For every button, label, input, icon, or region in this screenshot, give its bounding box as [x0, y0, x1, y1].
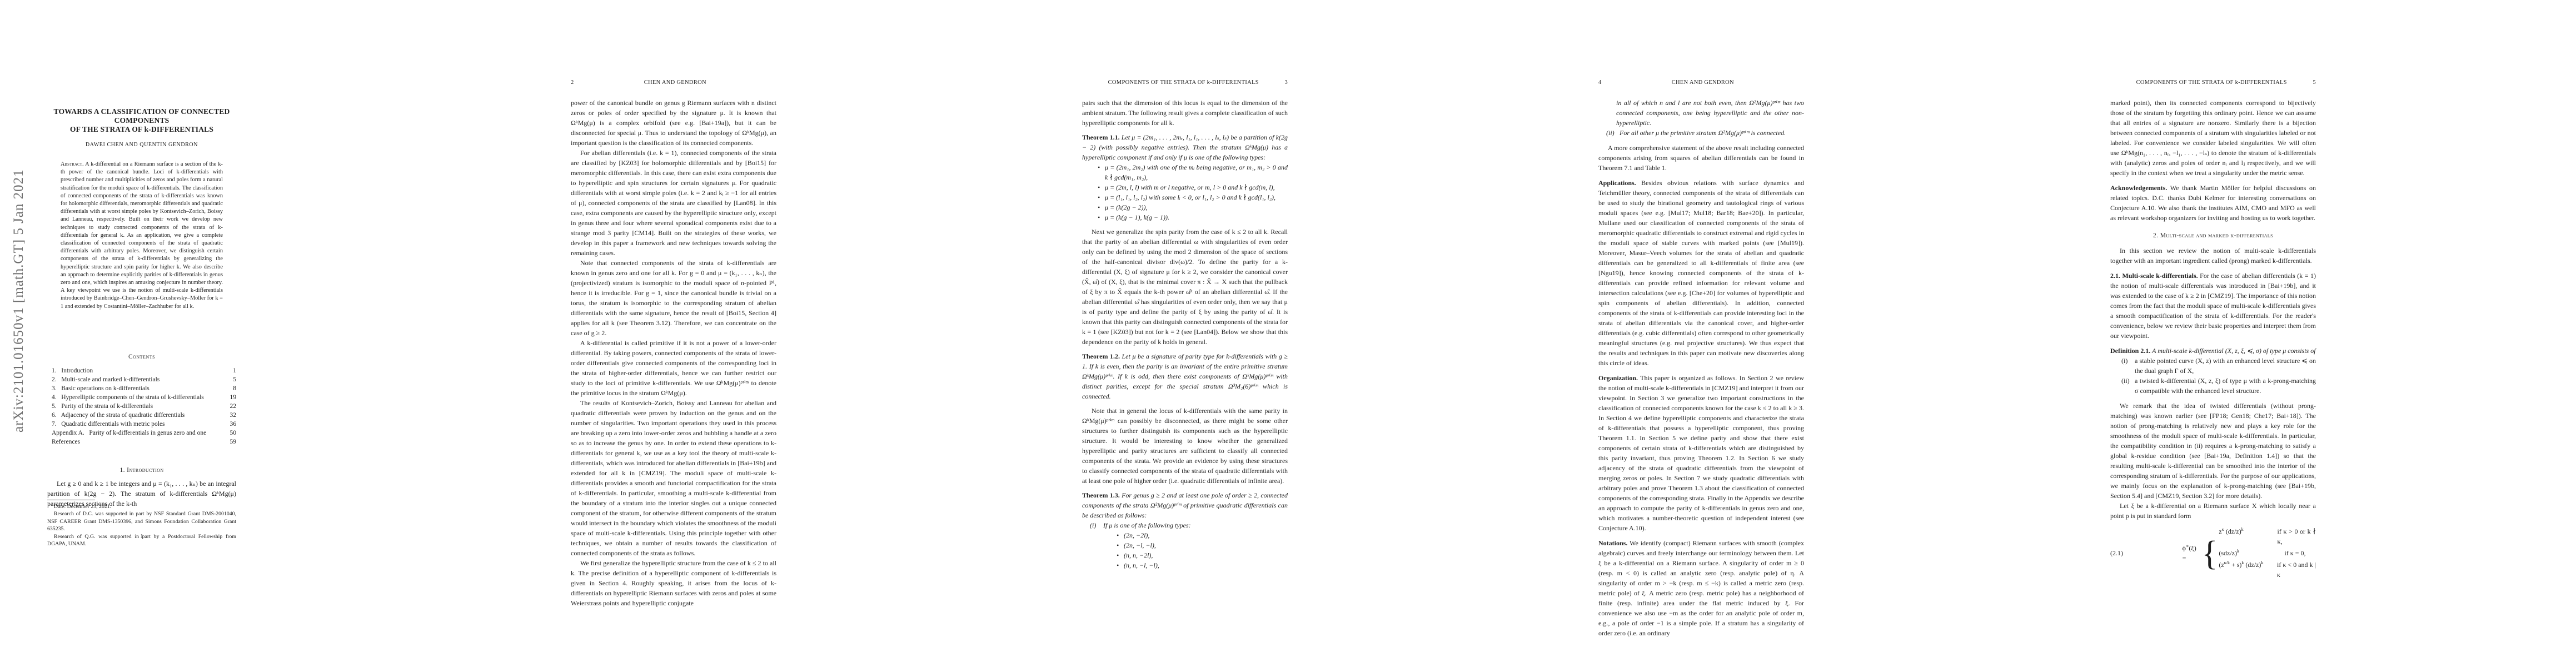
definition-item-ii: (ii) a twisted k-differential (X, z, ξ) … — [2121, 376, 2316, 396]
case-condition: if κ = 0, — [2284, 548, 2305, 558]
toc-entry-page: 59 — [230, 437, 237, 446]
list-item-text: μ = (l₁, l₁, l₂, l₂) with some lᵢ < 0, o… — [1105, 192, 1288, 202]
list-item: •(2n, −l, −l), — [1117, 540, 1288, 550]
toc-entry-label: 7. Quadratic differentials with metric p… — [52, 420, 165, 429]
organization-paragraph: Organization. This paper is organized as… — [1598, 373, 1804, 533]
running-head-title: COMPONENTS OF THE STRATA OF k-DIFFERENTI… — [1082, 79, 1284, 86]
list-item: •μ = (k(g − 1), k(g − 1)). — [1098, 212, 1288, 222]
list-item-text: (2n, −l, −l), — [1124, 540, 1288, 550]
cases-brace: { — [2202, 536, 2218, 571]
expr-part: (dz/z) — [2224, 527, 2241, 535]
list-item: •(n, n, −l, −l), — [1117, 560, 1288, 570]
list-item-text: μ = (k(2g − 2)), — [1105, 202, 1288, 212]
paper-authors: DAWEI CHEN AND QUENTIN GENDRON — [47, 142, 236, 148]
paragraph: We first generalize the hyperelliptic st… — [571, 558, 776, 608]
abstract-text: A k-differential on a Riemann surface is… — [61, 161, 223, 310]
contents-heading: Contents — [47, 354, 236, 360]
expr-sup: k — [2261, 560, 2263, 565]
equation-2-1: (2.1) ϕ∗(ξ) = { zκ (dz/z)kif κ > 0 or k … — [2110, 526, 2316, 580]
toc-entry-page: 22 — [230, 402, 237, 411]
equation-case-row: (zκ/k + s)k (dz/z)kif κ < 0 and k | κ — [2219, 560, 2316, 580]
list-item: •(n, n, −2l), — [1117, 550, 1288, 560]
list-item: •μ = (2m₁, 2m₂) with one of the mᵢ being… — [1098, 162, 1288, 182]
page-2-body: power of the canonical bundle on genus g… — [571, 98, 776, 608]
theorem-1-3-item-i: (i) If μ is one of the following types: — [1090, 520, 1288, 530]
paragraph: marked point), then its connected compon… — [2110, 98, 2316, 178]
running-head: 4 CHEN AND GENDRON — [1598, 79, 1804, 86]
bullet-icon: • — [1098, 162, 1105, 182]
page-4-body: in all of which n and l are not both eve… — [1598, 98, 1804, 638]
toc-entry-page: 36 — [230, 420, 237, 429]
paper-title: TOWARDS A CLASSIFICATION OF CONNECTED CO… — [47, 107, 236, 134]
list-item: •μ = (2m, l, l) with m or l negative, or… — [1098, 182, 1288, 192]
paragraph: Next we generalize the spin parity from … — [1082, 227, 1288, 347]
equation-case-row: (sdz/z)kif κ = 0, — [2219, 548, 2316, 558]
bullet-icon: • — [1117, 540, 1124, 550]
page-3: COMPONENTS OF THE STRATA OF k-DIFFERENTI… — [1030, 0, 1546, 667]
theorem-1-3: Theorem 1.3. For genus g ≥ 2 and at leas… — [1082, 490, 1288, 570]
page-2: 2 CHEN AND GENDRON power of the canonica… — [515, 0, 1030, 667]
paragraph: The results of Kontsevich–Zorich, Boissy… — [571, 398, 776, 558]
equation-number: (2.1) — [2110, 548, 2147, 558]
running-head-title: CHEN AND GENDRON — [1602, 79, 1804, 86]
paragraph: Note that connected components of the st… — [571, 258, 776, 338]
expr-sup: k — [2237, 549, 2239, 554]
page-1: arXiv:2101.01650v1 [math.GT] 5 Jan 2021 … — [0, 0, 515, 667]
notations-paragraph: Notations. We identify (compact) Riemann… — [1598, 538, 1804, 638]
toc-entry-label: Appendix A. Parity of k-differentials in… — [52, 429, 206, 437]
toc-entry: 4. Hyperelliptic components of the strat… — [52, 393, 236, 402]
item-text: a stable pointed curve (X, z) with an en… — [2135, 356, 2316, 376]
arxiv-stamp: arXiv:2101.01650v1 [math.GT] 5 Jan 2021 — [11, 155, 30, 432]
equation-case-row: zκ (dz/z)kif κ > 0 or k ∤ κ, — [2219, 526, 2316, 546]
toc-entry-page: 5 — [233, 375, 236, 384]
item-label: (ii) — [1606, 128, 1620, 138]
case-condition: if κ < 0 and k | κ — [2277, 560, 2316, 580]
page-number: 1 — [47, 533, 236, 540]
bullet-icon: • — [1098, 202, 1105, 212]
paragraph: power of the canonical bundle on genus g… — [571, 98, 776, 148]
running-head-title: CHEN AND GENDRON — [574, 79, 776, 86]
expr-part: (dz/z) — [2244, 561, 2261, 569]
paragraph: A k-differential is called primitive if … — [571, 338, 776, 398]
theorem-1-3-label: Theorem 1.3. — [1082, 491, 1120, 499]
list-item-text: (2n, −2l), — [1124, 530, 1288, 540]
running-head: COMPONENTS OF THE STRATA OF k-DIFFERENTI… — [2110, 79, 2316, 86]
bullet-icon: • — [1117, 560, 1124, 570]
item-label: (i) — [2121, 356, 2135, 376]
theorem-1-3-list: •(2n, −2l), •(2n, −l, −l), •(n, n, −2l),… — [1117, 530, 1288, 570]
page-3-body: pairs such that the dimension of this lo… — [1082, 98, 1288, 575]
item-label: (ii) — [2121, 376, 2135, 396]
item-text: For all other μ the primitive stratum Ω²… — [1620, 128, 1804, 138]
equation-cases: zκ (dz/z)kif κ > 0 or k ∤ κ, (sdz/z)kif … — [2219, 526, 2316, 580]
theorem-1-2: Theorem 1.2. Let μ be a signature of par… — [1082, 351, 1288, 401]
list-item-text: μ = (2m₁, 2m₂) with one of the mᵢ being … — [1105, 162, 1288, 182]
definition-2-1-label: Definition 2.1. — [2110, 347, 2150, 355]
toc-entry: 7. Quadratic differentials with metric p… — [52, 420, 236, 429]
page-number: 5 — [2313, 79, 2316, 86]
page-5-body: marked point), then its connected compon… — [2110, 98, 2316, 580]
theorem-continuation: in all of which n and l are not both eve… — [1616, 98, 1804, 128]
paragraph: Note that in general the locus of k-diff… — [1082, 406, 1288, 486]
definition-2-1: Definition 2.1. A multi-scale k-differen… — [2110, 346, 2316, 396]
expr-sup: k — [2241, 527, 2244, 532]
theorem-1-1: Theorem 1.1. Let μ = (2m₁, . . . , 2mᵣ, … — [1082, 132, 1288, 222]
bullet-icon: • — [1098, 182, 1105, 192]
acknowledgements-paragraph: Acknowledgements. We thank Martin Möller… — [2110, 183, 2316, 223]
expr-part: (z — [2219, 561, 2224, 569]
expr-sup: κ/k — [2224, 560, 2230, 565]
theorem-1-1-label: Theorem 1.1. — [1082, 133, 1120, 141]
footnotes: Date: December 25, 2021. Research of D.C… — [47, 503, 236, 547]
list-item-text: μ = (2m, l, l) with m or l negative, or … — [1105, 182, 1288, 192]
toc-entry: 1. Introduction1 — [52, 366, 236, 375]
subsection-2-1-paragraph: 2.1. Multi-scale k-differentials. For th… — [2110, 271, 2316, 341]
toc-entry-label: 3. Basic operations on k-differentials — [52, 384, 150, 393]
expr-part: + s) — [2230, 561, 2241, 569]
paper-spread: arXiv:2101.01650v1 [math.GT] 5 Jan 2021 … — [0, 0, 2576, 667]
toc-entry: References59 — [52, 437, 236, 446]
bullet-icon: • — [1098, 192, 1105, 202]
abstract-label: Abstract. — [61, 161, 84, 167]
paragraph: We remark that the idea of twisted diffe… — [2110, 401, 2316, 501]
list-item-text: (n, n, −l, −l), — [1124, 560, 1288, 570]
table-of-contents: 1. Introduction1 2. Multi-scale and mark… — [52, 366, 236, 446]
page-1-column: TOWARDS A CLASSIFICATION OF CONNECTED CO… — [47, 0, 236, 667]
toc-entry: 2. Multi-scale and marked k-differential… — [52, 375, 236, 384]
item-text: a twisted k-differential (X, z, ξ) of ty… — [2135, 376, 2316, 396]
footnote-rule — [47, 500, 95, 500]
paper-title-line1: TOWARDS A CLASSIFICATION OF CONNECTED CO… — [47, 107, 236, 125]
toc-entry-label: 6. Adjacency of the strata of quadratic … — [52, 411, 185, 420]
page-4: 4 CHEN AND GENDRON in all of which n and… — [1546, 0, 2061, 667]
running-head-title: COMPONENTS OF THE STRATA OF k-DIFFERENTI… — [2110, 79, 2313, 86]
definition-2-1-body: A multi-scale k-differential (X, z, ξ, ≼… — [2150, 347, 2315, 355]
bullet-icon: • — [1117, 530, 1124, 540]
list-item-text: (n, n, −2l), — [1124, 550, 1288, 560]
expr-part: (sdz/z) — [2219, 549, 2237, 557]
applications-text: Besides obvious relations with surface d… — [1598, 179, 1804, 367]
toc-entry-page: 19 — [230, 393, 237, 402]
list-item: •μ = (l₁, l₁, l₂, l₂) with some lᵢ < 0, … — [1098, 192, 1288, 202]
page-number: 3 — [1284, 79, 1288, 86]
list-item: •μ = (k(2g − 2)), — [1098, 202, 1288, 212]
paragraph: In this section we review the notion of … — [2110, 246, 2316, 266]
theorem-1-2-label: Theorem 1.2. — [1082, 352, 1120, 360]
list-item-text: μ = (k(g − 1), k(g − 1)). — [1105, 212, 1288, 222]
acknowledgements-label: Acknowledgements. — [2110, 184, 2167, 192]
toc-entry-label: References — [52, 437, 80, 446]
paper-title-line2: OF THE STRATA OF k-DIFFERENTIALS — [47, 125, 236, 134]
item-text: If μ is one of the following types: — [1103, 520, 1288, 530]
paragraph: pairs such that the dimension of this lo… — [1082, 98, 1288, 128]
paragraph: For abelian differentials (i.e. k = 1), … — [571, 148, 776, 258]
toc-entry: 3. Basic operations on k-differentials8 — [52, 384, 236, 393]
toc-entry-label: 5. Parity of the strata of k-differentia… — [52, 402, 153, 411]
definition-item-i: (i) a stable pointed curve (X, z) with a… — [2121, 356, 2316, 376]
toc-entry-page: 8 — [233, 384, 236, 393]
toc-entry-label: 1. Introduction — [52, 366, 93, 375]
subsection-2-1-text: For the case of abelian differentials (k… — [2110, 272, 2316, 340]
notations-text: We identify (compact) Riemann surfaces w… — [1598, 539, 1804, 637]
applications-paragraph: Applications. Besides obvious relations … — [1598, 178, 1804, 368]
notations-label: Notations. — [1598, 539, 1627, 547]
toc-entry-label: 2. Multi-scale and marked k-differential… — [52, 375, 160, 384]
case-expression: (sdz/z)k — [2219, 548, 2284, 558]
toc-entry-page: 32 — [230, 411, 237, 420]
subsection-2-1-label: 2.1. Multi-scale k-differentials. — [2110, 272, 2198, 280]
toc-entry: 6. Adjacency of the strata of quadratic … — [52, 411, 236, 420]
paragraph: A more comprehensive statement of the ab… — [1598, 143, 1804, 173]
toc-entry: Appendix A. Parity of k-differentials in… — [52, 429, 236, 437]
theorem-1-1-list: •μ = (2m₁, 2m₂) with one of the mᵢ being… — [1098, 162, 1288, 222]
toc-entry-page: 50 — [230, 429, 237, 437]
equation-lhs: ϕ∗(ξ) = — [2183, 543, 2200, 563]
section-2-heading: 2. Multi-scale and marked k-differential… — [2110, 231, 2316, 241]
toc-entry-label: 4. Hyperelliptic components of the strat… — [52, 393, 204, 402]
organization-text: This paper is organized as follows. In S… — [1598, 374, 1804, 532]
footnote-date: Date: December 25, 2021. — [47, 503, 236, 510]
bullet-icon: • — [1117, 550, 1124, 560]
case-condition: if κ > 0 or k ∤ κ, — [2278, 526, 2316, 546]
case-expression: zκ (dz/z)k — [2219, 526, 2277, 546]
toc-entry-page: 1 — [233, 366, 236, 375]
organization-label: Organization. — [1598, 374, 1638, 382]
item-label: (i) — [1090, 520, 1103, 530]
section-1-heading: 1. Introduction — [47, 467, 236, 474]
bullet-icon: • — [1098, 212, 1105, 222]
toc-entry: 5. Parity of the strata of k-differentia… — [52, 402, 236, 411]
case-expression: (zκ/k + s)k (dz/z)k — [2219, 560, 2277, 580]
applications-label: Applications. — [1598, 179, 1636, 187]
running-head: 2 CHEN AND GENDRON — [571, 79, 776, 86]
paragraph: Let ξ be a k-differential on a Riemann s… — [2110, 501, 2316, 521]
page-5: COMPONENTS OF THE STRATA OF k-DIFFERENTI… — [2061, 0, 2576, 667]
running-head: COMPONENTS OF THE STRATA OF k-DIFFERENTI… — [1082, 79, 1288, 86]
footnote-grant-dc: Research of D.C. was supported in part b… — [47, 510, 236, 532]
list-item: •(2n, −2l), — [1117, 530, 1288, 540]
theorem-1-3-item-ii: (ii) For all other μ the primitive strat… — [1606, 128, 1804, 138]
abstract: Abstract. A k-differential on a Riemann … — [61, 161, 223, 311]
